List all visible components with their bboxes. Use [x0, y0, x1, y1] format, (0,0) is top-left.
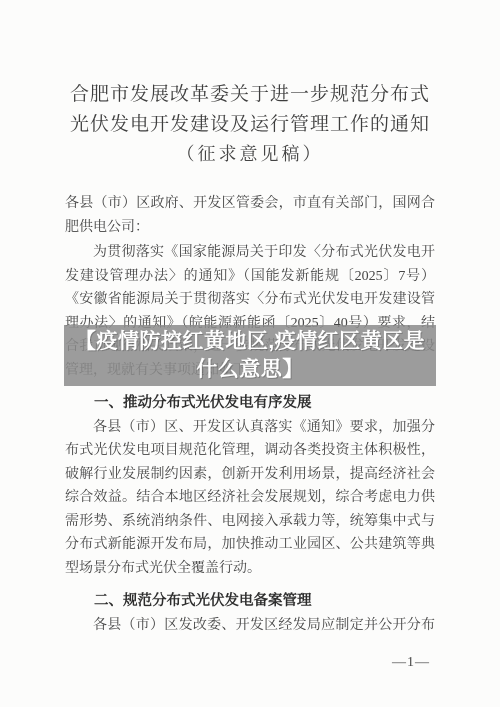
text-line: 各县（市）区、开发区认真落实《通知》要求，加强分 [65, 416, 435, 440]
text-line: 一、推动分布式光伏发电有序发展 [65, 392, 435, 416]
text-line: 各县（市）区发改委、开发区经发局应制定并公开分布 [65, 614, 435, 638]
document-title: 合肥市发展改革委关于进一步规范分布式 光伏发电开发建设及运行管理工作的通知 （征… [65, 80, 435, 168]
page-footer: —1— [65, 655, 435, 671]
watermark-overlay: 【疫情防控红黄地区,疫情红区黄区是 什么意思】 [64, 325, 436, 386]
watermark-line-1: 【疫情防控红黄地区,疫情红区黄区是 [75, 328, 425, 356]
text-line: 肥供电公司： [65, 216, 435, 240]
watermark-line-2: 什么意思】 [196, 356, 304, 384]
scanned-document-page: 合肥市发展改革委关于进一步规范分布式 光伏发电开发建设及运行管理工作的通知 （征… [0, 0, 500, 707]
page-number: —1— [392, 655, 430, 670]
text-line: 分布式新能源开发布局，加快推动工业园区、公共建筑等典 [65, 533, 435, 557]
text-line: 二、规范分布式光伏发电备案管理 [65, 590, 435, 614]
text-line: 为贯彻落实《国家能源局关于印发〈分布式光伏发电开 [65, 241, 435, 265]
text-line: 型场景分布式光伏全覆盖行动。 [65, 557, 435, 581]
document-text: 各县（市）区政府、开发区管委会，市直有关部门，国网合肥供电公司：为贯彻落实《国家… [65, 192, 435, 637]
document-subtitle: （征求意见稿） [65, 140, 435, 168]
text-line: 布式光伏发电项目规范化管理，调动各类投资主体积极性， [65, 439, 435, 463]
text-line: 综合效益。结合本地区经济社会发展规划，综合考虑电力供 [65, 486, 435, 510]
text-line: 需形势、系统消纳条件、电网接入承载力等，统筹集中式与 [65, 510, 435, 534]
text-line: 发建设管理办法〉的通知》（国能发新能规〔2025〕7号） [65, 265, 435, 289]
text-line: 破解行业发展制约因素，创新开发利用场景，提高经济社会 [65, 463, 435, 487]
title-line-1: 合肥市发展改革委关于进一步规范分布式 [65, 80, 435, 110]
title-line-2: 光伏发电开发建设及运行管理工作的通知 [65, 110, 435, 140]
text-line: 各县（市）区政府、开发区管委会，市直有关部门，国网合 [65, 192, 435, 216]
text-line: 《安徽省能源局关于贯彻落实〈分布式光伏发电开发建设管 [65, 288, 435, 312]
